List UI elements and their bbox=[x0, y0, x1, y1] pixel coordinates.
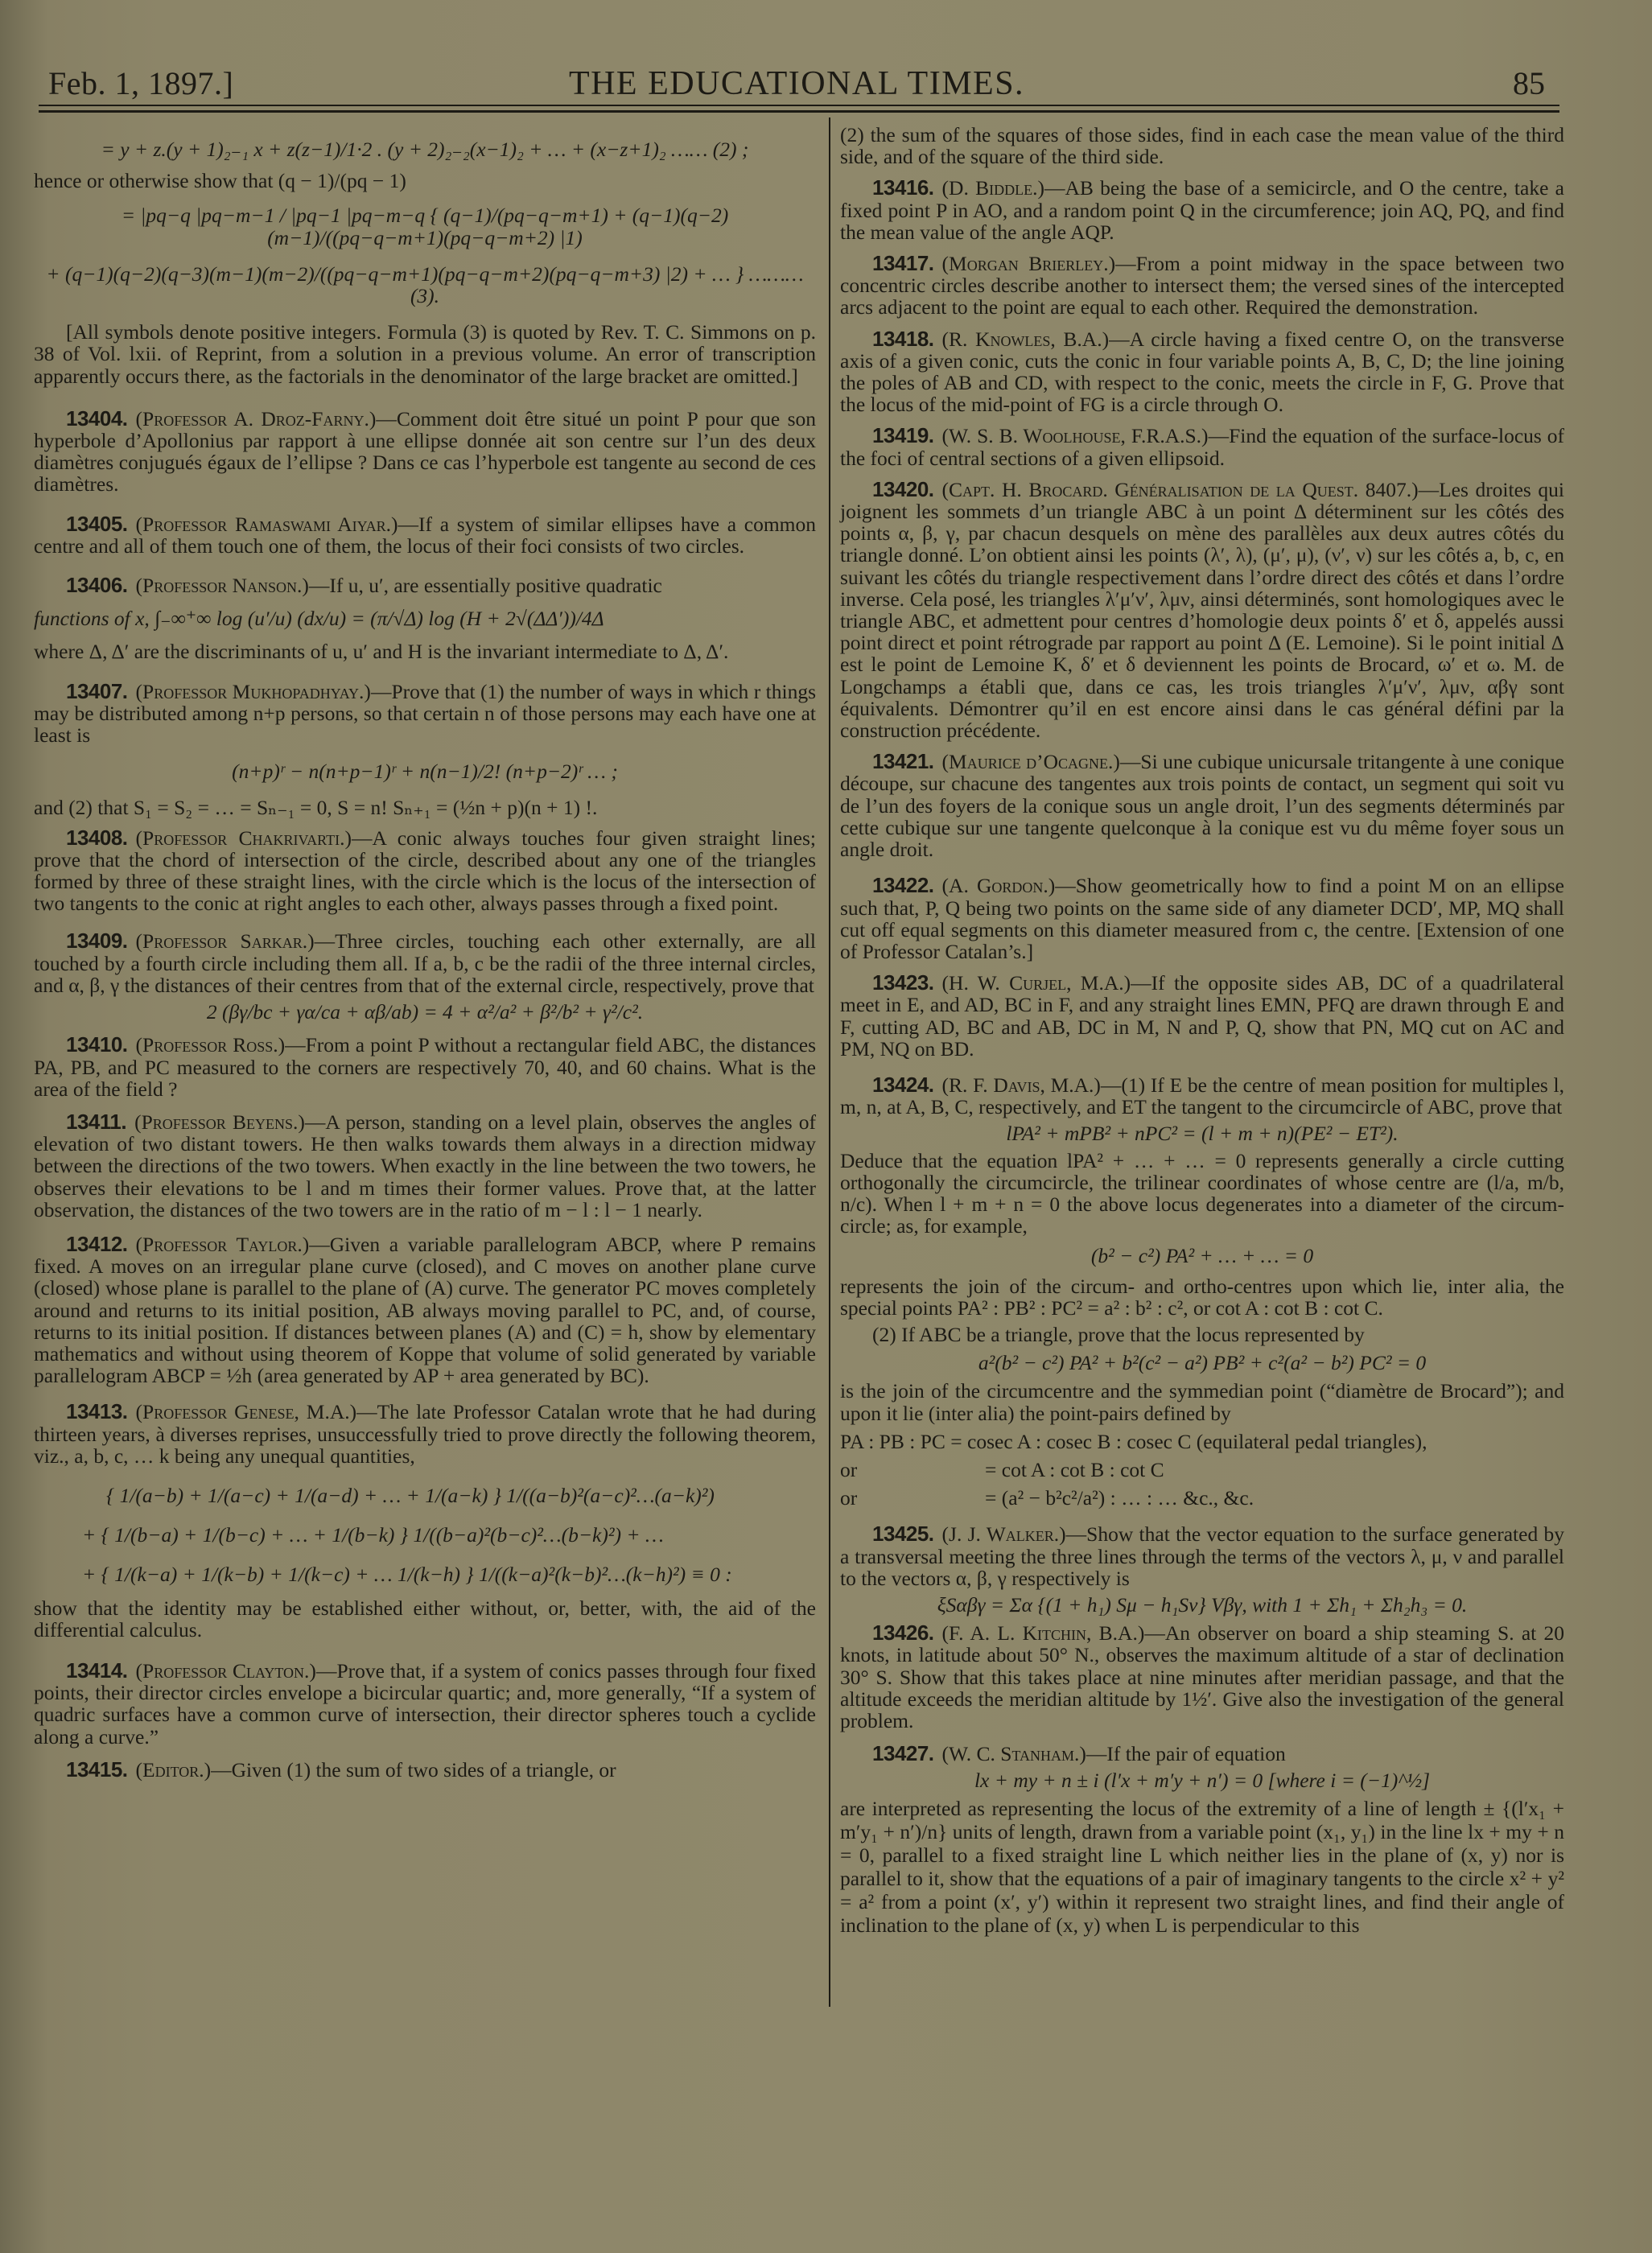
question-author: (Professor Ramaswami Aiyar.) bbox=[136, 513, 398, 536]
journal-title: THE EDUCATIONAL TIMES. bbox=[48, 64, 1545, 103]
question-number: 13425. bbox=[872, 1522, 934, 1546]
question-author: (Editor.) bbox=[136, 1758, 212, 1781]
question-13408: 13408.(Professor Chakrivarti.)—A conic a… bbox=[34, 827, 816, 915]
question-13405: 13405.(Professor Ramaswami Aiyar.)—If a … bbox=[34, 513, 816, 557]
question-number: 13416. bbox=[872, 175, 934, 200]
question-author: (Morgan Brierley.) bbox=[942, 252, 1116, 275]
question-number: 13406. bbox=[66, 573, 128, 597]
question-text: —If the pair of equation bbox=[1086, 1742, 1286, 1765]
equation: lPA² + mPB² + nPC² = (l + m + n)(PE² − E… bbox=[840, 1122, 1564, 1144]
question-number: 13422. bbox=[872, 873, 934, 897]
equation: lx + my + n ± i (l′x + m′y + n′) = 0 [wh… bbox=[840, 1769, 1564, 1791]
equation-2: = y + z.(y + 1)₂₋₁ x + z(z−1)/1·2 . (y +… bbox=[34, 138, 816, 160]
question-author: (Professor Beyens.) bbox=[134, 1110, 305, 1134]
question-13421: 13421.(Maurice d’Ocagne.)—Si une cubique… bbox=[840, 751, 1564, 860]
question-number: 13405. bbox=[66, 512, 128, 536]
column-divider bbox=[829, 117, 830, 2007]
question-13404: 13404.(Professor A. Droz-Farny.)—Comment… bbox=[34, 408, 816, 496]
question-number: 13418. bbox=[872, 327, 934, 351]
question-author: (Professor Taylor.) bbox=[136, 1233, 310, 1256]
equation: ξSαβγ = Σα {(1 + h₁) Sμ − h₁Sν} Vβγ, wit… bbox=[840, 1594, 1564, 1616]
question-author: (J. J. Walker.) bbox=[942, 1522, 1066, 1546]
question-author: (Professor Ross.) bbox=[136, 1033, 286, 1056]
paragraph: show that the identity may be establishe… bbox=[34, 1597, 816, 1641]
question-13424: 13424.(R. F. Davis, M.A.)—(1) If E be th… bbox=[840, 1074, 1564, 1118]
question-author: (F. A. L. Kitchin, B.A.) bbox=[942, 1621, 1145, 1645]
question-13412: 13412.(Professor Taylor.)—Given a variab… bbox=[34, 1234, 816, 1386]
question-number: 13414. bbox=[66, 1658, 128, 1683]
paragraph: where Δ, Δ′ are the discriminants of u, … bbox=[34, 640, 816, 662]
question-author: (Capt. H. Brocard. Généralisation de la … bbox=[942, 478, 1419, 501]
question-number: 13421. bbox=[872, 749, 934, 773]
question-author: (Professor Chakrivarti.) bbox=[136, 826, 352, 850]
equation-3-line-2: + (q−1)(q−2)(q−3)(m−1)(m−2)/((pq−q−m+1)(… bbox=[34, 263, 816, 307]
paragraph: is the join of the circumcentre and the … bbox=[840, 1380, 1564, 1423]
equation: a²(b² − c²) PA² + b²(c² − a²) PB² + c²(a… bbox=[840, 1352, 1564, 1374]
question-text: —Given a variable parallelogram ABCP, wh… bbox=[34, 1233, 816, 1387]
question-13420: 13420.(Capt. H. Brocard. Généralisation … bbox=[840, 479, 1564, 741]
question-13426: 13426.(F. A. L. Kitchin, B.A.)—An observ… bbox=[840, 1622, 1564, 1732]
question-number: 13427. bbox=[872, 1741, 934, 1765]
question-author: (R. F. Davis, M.A.) bbox=[942, 1073, 1101, 1097]
page-number: 85 bbox=[1513, 64, 1545, 102]
question-text: —Given (1) the sum of two sides of a tri… bbox=[211, 1758, 616, 1781]
question-number: 13415. bbox=[66, 1757, 128, 1781]
equation: (n+p)ʳ − n(n+p−1)ʳ + n(n−1)/2! (n+p−2)ʳ … bbox=[34, 760, 816, 782]
equation: (b² − c²) PA² + … + … = 0 bbox=[840, 1245, 1564, 1267]
question-author: (Professor A. Droz-Farny.) bbox=[136, 407, 377, 430]
question-13411: 13411.(Professor Beyens.)—A person, stan… bbox=[34, 1111, 816, 1221]
question-number: 13407. bbox=[66, 679, 128, 703]
equation: functions of x, ∫₋∞⁺∞ log (u′/u) (dx/u) … bbox=[34, 608, 816, 629]
question-author: (Professor Nanson.) bbox=[136, 574, 309, 597]
question-author: (W. C. Stanham.) bbox=[942, 1742, 1086, 1765]
paragraph: represents the join of the circum- and o… bbox=[840, 1275, 1564, 1319]
question-13407: 13407.(Professor Mukhopadhyay.)—Prove th… bbox=[34, 681, 816, 747]
ratio-value: = (a² − b²c²/a²) : … : … &c., &c. bbox=[985, 1487, 1254, 1509]
question-13418: 13418.(R. Knowles, B.A.)—A circle having… bbox=[840, 328, 1564, 416]
header-rule-thick bbox=[39, 110, 1559, 113]
question-13419: 13419.(W. S. B. Woolhouse, F.R.A.S.)—Fin… bbox=[840, 425, 1564, 468]
question-number: 13419. bbox=[872, 423, 934, 447]
question-13406: 13406.(Professor Nanson.)—If u, u′, are … bbox=[34, 575, 816, 596]
catalan-identity-line-2: + { 1/(b−a) + 1/(b−c) + … + 1/(b−k) } 1/… bbox=[34, 1524, 816, 1546]
question-13414: 13414.(Professor Clayton.)—Prove that, i… bbox=[34, 1660, 816, 1748]
question-author: (Professor Sarkar.) bbox=[136, 929, 315, 953]
question-number: 13423. bbox=[872, 970, 934, 995]
question-author: (Professor Genese, M.A.) bbox=[136, 1400, 357, 1423]
question-author: (D. Biddle.) bbox=[942, 176, 1044, 200]
editorial-note: [All symbols denote positive integers. F… bbox=[34, 321, 816, 387]
question-number: 13409. bbox=[66, 929, 128, 953]
question-text: —If u, u′, are essentially positive quad… bbox=[309, 574, 662, 597]
question-number: 13417. bbox=[872, 251, 934, 275]
question-number: 13426. bbox=[872, 1621, 934, 1645]
question-author: (Professor Mukhopadhyay.) bbox=[136, 680, 371, 703]
ratio-value: = cot A : cot B : cot C bbox=[985, 1459, 1164, 1481]
ratio-row: or= (a² − b²c²/a²) : … : … &c., &c. bbox=[840, 1487, 1564, 1509]
question-13423: 13423.(H. W. Curjel, M.A.)—If the opposi… bbox=[840, 972, 1564, 1060]
catalan-identity-line-3: + { 1/(k−a) + 1/(k−b) + 1/(k−c) + … 1/(k… bbox=[34, 1563, 816, 1585]
question-13425: 13425.(J. J. Walker.)—Show that the vect… bbox=[840, 1523, 1564, 1589]
question-number: 13424. bbox=[872, 1073, 934, 1097]
ratio-row: PA : PB : PC = cosec A : cosec B : cosec… bbox=[840, 1431, 1564, 1452]
paragraph: Deduce that the equation lPA² + … + … = … bbox=[840, 1150, 1564, 1238]
right-column: (2) the sum of the squares of those side… bbox=[840, 121, 1564, 1937]
question-author: (H. W. Curjel, M.A.) bbox=[942, 971, 1131, 995]
question-author: (W. S. B. Woolhouse, F.R.A.S.) bbox=[942, 424, 1209, 447]
question-number: 13412. bbox=[66, 1232, 128, 1256]
ratio-label: PA : PB : PC bbox=[840, 1431, 945, 1452]
ratio-label: or bbox=[840, 1459, 985, 1481]
header-rule-thin bbox=[39, 105, 1559, 106]
question-author: (R. Knowles, B.A.) bbox=[942, 327, 1110, 351]
paragraph: are interpreted as representing the locu… bbox=[840, 1797, 1564, 1937]
question-13409: 13409.(Professor Sarkar.)—Three circles,… bbox=[34, 930, 816, 996]
question-13422: 13422.(A. Gordon.)—Show geometrically ho… bbox=[840, 875, 1564, 962]
paragraph: (2) If ABC be a triangle, prove that the… bbox=[840, 1324, 1564, 1345]
question-13416: 13416.(D. Biddle.)—AB being the base of … bbox=[840, 177, 1564, 243]
question-number: 13404. bbox=[66, 406, 128, 430]
catalan-identity-line-1: { 1/(a−b) + 1/(a−c) + 1/(a−d) + … + 1/(a… bbox=[34, 1485, 816, 1506]
ratio-value: = cosec A : cosec B : cosec C (equilater… bbox=[950, 1431, 1427, 1452]
question-author: (Maurice d’Ocagne.) bbox=[942, 750, 1120, 773]
ratio-row: or= cot A : cot B : cot C bbox=[840, 1459, 1564, 1481]
question-13413: 13413.(Professor Genese, M.A.)—The late … bbox=[34, 1401, 816, 1467]
equation-3-line-1: = |pq−q |pq−m−1 / |pq−1 |pq−m−q { (q−1)/… bbox=[34, 204, 816, 248]
left-column: = y + z.(y + 1)₂₋₁ x + z(z−1)/1·2 . (y +… bbox=[34, 121, 816, 1781]
paragraph: and (2) that S₁ = S₂ = … = Sₙ₋₁ = 0, S =… bbox=[34, 797, 816, 818]
paragraph: hence or otherwise show that (q − 1)/(pq… bbox=[34, 170, 816, 192]
question-number: 13408. bbox=[66, 826, 128, 850]
question-number: 13413. bbox=[66, 1399, 128, 1423]
question-text: —Les droites qui joignent les sommets d’… bbox=[840, 478, 1564, 742]
question-number: 13420. bbox=[872, 477, 934, 501]
question-author: (A. Gordon.) bbox=[942, 874, 1056, 897]
question-number: 13411. bbox=[66, 1110, 126, 1134]
question-13417: 13417.(Morgan Brierley.)—From a point mi… bbox=[840, 253, 1564, 319]
ratio-label: or bbox=[840, 1487, 985, 1509]
question-number: 13410. bbox=[66, 1032, 128, 1056]
question-author: (Professor Clayton.) bbox=[136, 1659, 316, 1683]
question-13427: 13427.(W. C. Stanham.)—If the pair of eq… bbox=[840, 1743, 1564, 1765]
equation: 2 (βγ/bc + γα/ca + αβ/ab) = 4 + α²/a² + … bbox=[34, 1001, 816, 1023]
continuation-13415: (2) the sum of the squares of those side… bbox=[840, 124, 1564, 167]
question-13410: 13410.(Professor Ross.)—From a point P w… bbox=[34, 1034, 816, 1100]
question-13415: 13415.(Editor.)—Given (1) the sum of two… bbox=[34, 1759, 816, 1781]
page-header: Feb. 1, 1897.] THE EDUCATIONAL TIMES. 85 bbox=[48, 64, 1545, 105]
